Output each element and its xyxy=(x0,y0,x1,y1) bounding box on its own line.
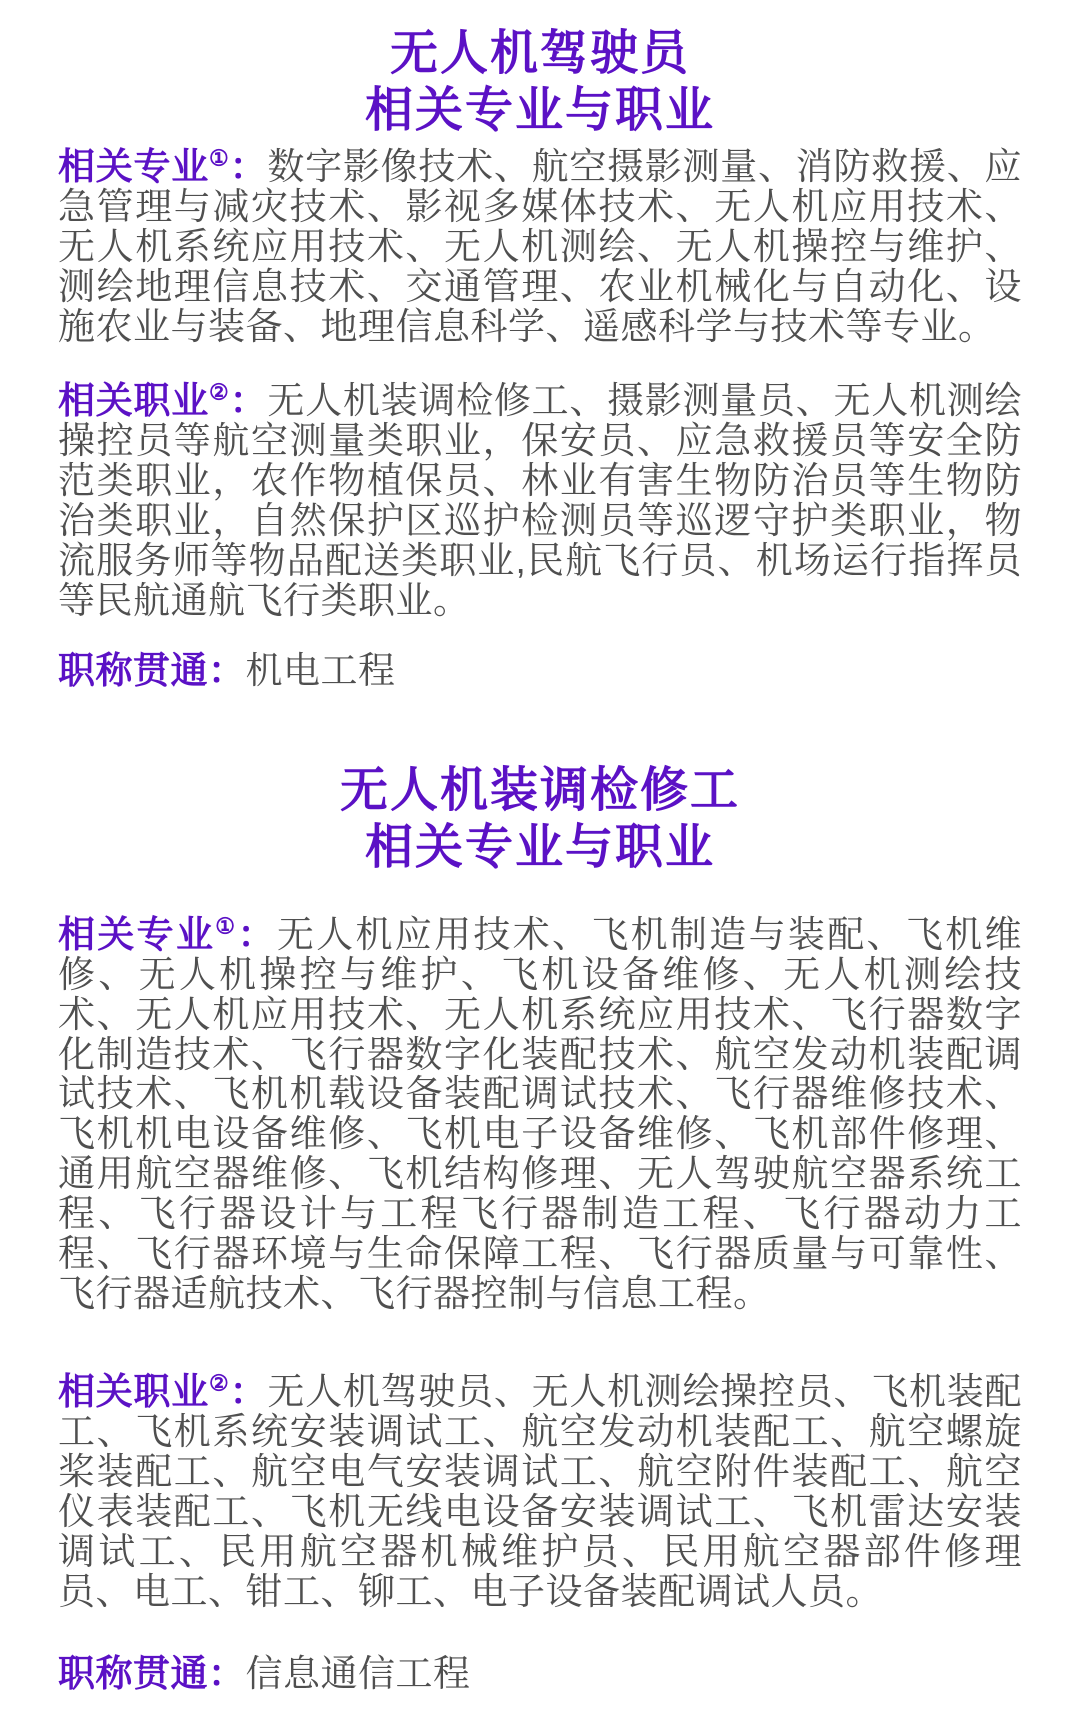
related-jobs-label: 相关职业 xyxy=(58,380,209,421)
section-title: 无人机装调检修工 相关专业与职业 xyxy=(58,763,1022,876)
section-title-line2: 相关专业与职业 xyxy=(58,83,1022,140)
section-drone-pilot: 无人机驾驶员 相关专业与职业 相关专业①：数字影像技术、航空摄影测量、消防救援、… xyxy=(58,26,1022,691)
related-jobs-paragraph: 相关职业②：无人机驾驶员、无人机测绘操控员、飞机装配工、飞机系统安装调试工、航空… xyxy=(58,1372,1022,1612)
section-title-line1: 无人机装调检修工 xyxy=(58,763,1022,820)
label-colon: ： xyxy=(230,1371,268,1412)
related-majors-text: 无人机应用技术、飞机制造与装配、飞机维修、无人机操控与维护、飞机设备维修、无人机… xyxy=(58,914,1022,1315)
footnote-marker-1: ① xyxy=(209,146,230,171)
label-colon: ： xyxy=(208,1653,246,1694)
related-majors-label: 相关专业 xyxy=(58,914,215,955)
label-colon: ： xyxy=(230,380,268,421)
label-colon: ： xyxy=(230,146,268,187)
title-bridging-label: 职称贯通 xyxy=(58,1653,208,1694)
related-jobs-paragraph: 相关职业②：无人机装调检修工、摄影测量员、无人机测绘操控员等航空测量类职业，保安… xyxy=(58,381,1022,621)
footnote-marker-2: ② xyxy=(209,380,230,405)
footnote-marker-1: ① xyxy=(215,913,237,938)
label-colon: ： xyxy=(237,914,276,955)
related-majors-paragraph: 相关专业①：数字影像技术、航空摄影测量、消防救援、应急管理与减灾技术、影视多媒体… xyxy=(58,147,1022,347)
title-bridging-line: 职称贯通：机电工程 xyxy=(58,651,1022,692)
related-jobs-label: 相关职业 xyxy=(58,1371,209,1412)
title-bridging-value: 机电工程 xyxy=(246,650,396,691)
section-drone-assembler: 无人机装调检修工 相关专业与职业 相关专业①：无人机应用技术、飞机制造与装配、飞… xyxy=(58,763,1022,1694)
document-page: 无人机驾驶员 相关专业与职业 相关专业①：数字影像技术、航空摄影测量、消防救援、… xyxy=(0,0,1080,1729)
footnote-marker-2: ② xyxy=(209,1371,230,1396)
label-colon: ： xyxy=(208,650,246,691)
section-title: 无人机驾驶员 相关专业与职业 xyxy=(58,26,1022,139)
section-title-line2: 相关专业与职业 xyxy=(58,820,1022,877)
related-majors-label: 相关专业 xyxy=(58,146,209,187)
title-bridging-value: 信息通信工程 xyxy=(246,1653,471,1694)
related-majors-paragraph: 相关专业①：无人机应用技术、飞机制造与装配、飞机维修、无人机操控与维护、飞机设备… xyxy=(58,915,1022,1315)
title-bridging-line: 职称贯通：信息通信工程 xyxy=(58,1654,1022,1695)
title-bridging-label: 职称贯通 xyxy=(58,650,208,691)
section-title-line1: 无人机驾驶员 xyxy=(58,26,1022,83)
